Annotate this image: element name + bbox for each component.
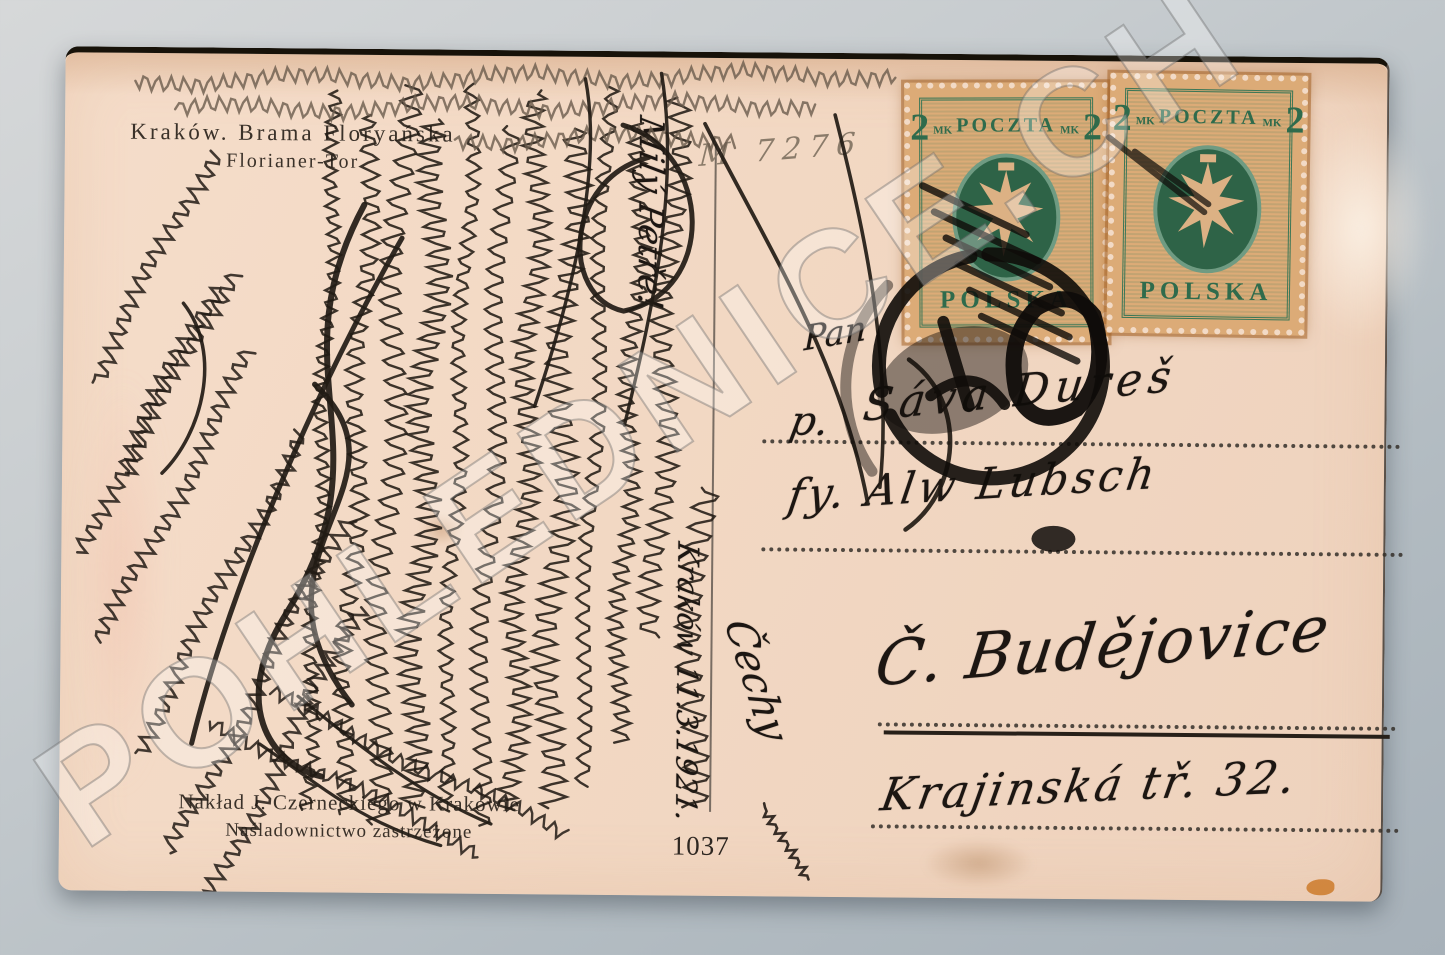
small-stain — [411, 507, 471, 553]
dateline-handwriting: Kraków 11.3.1921. — [669, 540, 705, 825]
recipient-name-handwriting: Sáva Dureš — [861, 350, 1180, 432]
card-number: 1037 — [672, 831, 730, 863]
left-edge-tone — [59, 302, 184, 863]
divider-line — [709, 144, 717, 812]
caption-subtitle: Florianer-Tor — [103, 149, 483, 175]
address-dotted-line-4 — [871, 824, 1399, 833]
address-underline — [884, 730, 1390, 738]
stamp-value: 2 — [1113, 99, 1133, 137]
publisher-line2: Naśladownictwo zastrzeżone — [139, 819, 559, 845]
address-prefix-handwriting: p. — [786, 399, 833, 445]
caption-title: Kraków. Brama Floryańska — [103, 119, 483, 148]
stamp-value: 2 — [1083, 108, 1102, 146]
stamp-currency: MK — [933, 125, 952, 137]
stamp-frame: 2 MK POCZTA MK 2 POLSKA — [919, 97, 1093, 327]
publisher: Nakład J. Czerneckiego w Krakowie Naślad… — [139, 789, 559, 845]
stamp-top-label: POCZTA — [1159, 105, 1259, 130]
address-dotted-line-1 — [762, 439, 1400, 449]
city-handwriting: Č. Budějovice — [871, 591, 1335, 701]
stamp-top-label: POCZTA — [956, 114, 1056, 137]
greeting-handwriting: Milý Petře! — [629, 113, 671, 312]
address-dotted-line-3 — [878, 722, 1396, 731]
stamp-currency: MK — [1060, 124, 1079, 136]
stamp-currency: MK — [1262, 117, 1281, 129]
address-dotted-line-2 — [761, 547, 1403, 557]
bottom-stain — [898, 828, 1059, 899]
address-line2-handwriting: fy. Alw Lubsch — [784, 449, 1162, 522]
stamp-value: 2 — [910, 109, 929, 147]
postcard: Kraków. Brama Floryańska Florianer-Tor M… — [58, 46, 1389, 902]
stamp-currency: MK — [1136, 115, 1155, 127]
postage-stamp-1: 2 MK POCZTA MK 2 POLSKA — [904, 82, 1108, 342]
stamp-eagle-icon — [941, 152, 1071, 282]
note-handwriting: Čechy — [714, 618, 798, 742]
salutation-handwriting: Pan — [803, 308, 866, 359]
stamp-eagle-icon — [1141, 143, 1273, 275]
stamp-frame: 2 MK POCZTA MK 2 POLSKA — [1122, 88, 1294, 321]
street-handwriting: Krajinská tř. 32. — [877, 750, 1302, 822]
pencil-note: M 7276 — [698, 126, 864, 174]
stamp-value: 2 — [1285, 101, 1305, 139]
corner-chip — [1306, 879, 1334, 895]
caption: Kraków. Brama Floryańska Florianer-Tor — [103, 119, 483, 175]
postage-stamp-2: 2 MK POCZTA MK 2 POLSKA — [1106, 73, 1308, 336]
publisher-line1: Nakład J. Czerneckiego w Krakowie — [139, 789, 559, 818]
stamp-bottom-label: POLSKA — [1139, 277, 1272, 307]
stamp-bottom-label: POLSKA — [940, 286, 1073, 314]
scan-background: Kraków. Brama Floryańska Florianer-Tor M… — [0, 0, 1445, 955]
